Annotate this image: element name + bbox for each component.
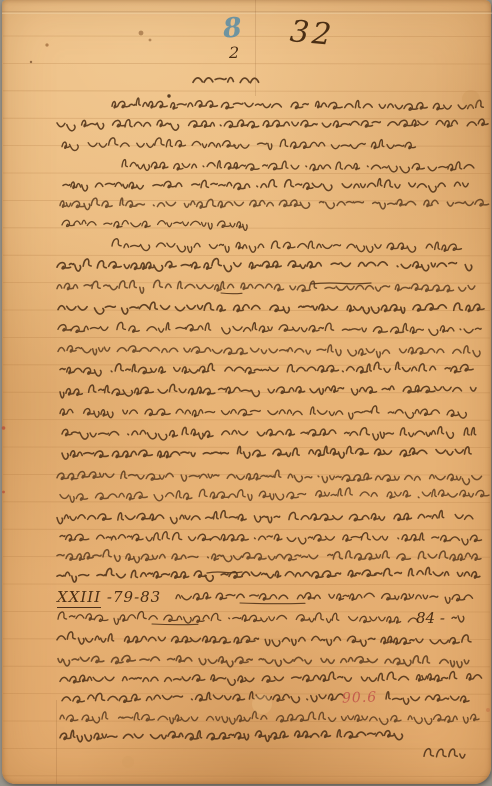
manuscript-scan: 8 2 32 XXIII -79-83 84 - 90.6 <box>0 0 492 786</box>
ink-stroke <box>57 259 472 272</box>
manuscript-line <box>58 656 469 668</box>
manuscript-line <box>62 427 476 440</box>
manuscript-line <box>60 406 466 419</box>
catchword <box>424 749 465 758</box>
manuscript-line <box>122 160 474 173</box>
manuscript-line <box>57 259 472 272</box>
ink-stroke <box>60 532 482 545</box>
paper-stain <box>462 90 480 108</box>
rule-line <box>3 63 490 64</box>
ink-stroke <box>58 656 469 668</box>
paper-stain <box>149 39 152 42</box>
rule-line <box>3 529 490 530</box>
ink-stroke <box>62 220 247 230</box>
ink-stroke <box>58 612 418 625</box>
rule-line <box>3 146 490 147</box>
manuscript-line <box>58 322 481 335</box>
ink-stroke <box>60 711 479 724</box>
rule-line <box>3 337 490 338</box>
ink-stroke <box>112 239 461 253</box>
ink-stroke <box>60 730 402 742</box>
ink-stroke <box>62 427 476 440</box>
paper-stain <box>2 491 5 494</box>
manuscript-line <box>63 179 468 192</box>
rule-line <box>3 36 490 37</box>
folio-number: 32 <box>289 17 336 51</box>
underline-mark <box>221 293 242 294</box>
ink-stroke <box>452 616 464 622</box>
ink-stroke <box>60 406 466 419</box>
rule-line <box>3 748 490 749</box>
rule-line <box>3 91 490 92</box>
manuscript-line <box>60 198 489 210</box>
rule-line <box>3 255 490 256</box>
invocation-heading <box>193 78 259 83</box>
manuscript-line <box>60 384 476 398</box>
manuscript-line <box>60 730 402 742</box>
manuscript-line <box>176 593 473 604</box>
strikethrough-mark <box>207 572 242 573</box>
manuscript-line <box>58 302 484 314</box>
strikethrough-mark <box>311 283 371 284</box>
paper-stain <box>30 61 32 63</box>
reference-red-90-6: 90.6 <box>342 690 378 705</box>
manuscript-line <box>60 362 473 376</box>
manuscript-line <box>57 119 488 131</box>
ink-stroke <box>62 446 471 459</box>
manuscript-line <box>62 446 471 459</box>
rule-line <box>3 694 490 695</box>
rule-line <box>3 420 490 421</box>
manuscript-line <box>60 672 482 686</box>
rule-line <box>3 502 490 503</box>
ink-stroke <box>122 160 474 173</box>
rule-line <box>3 776 490 777</box>
underline-mark <box>152 624 198 625</box>
manuscript-line <box>57 567 480 582</box>
manuscript-line <box>62 220 247 230</box>
rule-line <box>3 118 490 119</box>
rule-line <box>3 365 490 366</box>
manuscript-line <box>60 532 482 545</box>
manuscript-line <box>57 470 482 484</box>
ink-stroke <box>386 692 469 705</box>
rule-line <box>3 474 490 475</box>
ink-stroke <box>176 593 473 604</box>
ink-stroke <box>58 345 480 358</box>
ink-stroke <box>57 119 488 131</box>
rule-line <box>3 173 490 174</box>
manuscript-line <box>57 550 481 563</box>
ink-stroke <box>57 470 482 484</box>
page-number-small: 2 <box>229 45 239 61</box>
manuscript-line <box>57 511 473 524</box>
rule-line <box>3 584 490 585</box>
reference-stanza-84: 84 - <box>416 611 445 626</box>
handwriting-layer <box>0 0 492 786</box>
ink-stroke <box>62 138 415 151</box>
ink-stroke <box>112 98 483 110</box>
ink-stroke <box>60 672 482 686</box>
ink-stroke <box>193 78 259 83</box>
ink-stroke <box>60 384 476 398</box>
manuscript-line <box>60 488 489 502</box>
paper-stain <box>2 426 6 430</box>
ink-stroke <box>57 511 473 524</box>
manuscript-line <box>112 98 483 110</box>
ink-stroke <box>60 362 473 376</box>
rule-line <box>3 283 490 284</box>
manuscript-line <box>58 345 480 358</box>
ink-stroke <box>424 749 465 758</box>
page-number-blue-pencil: 8 <box>222 14 243 43</box>
ink-stroke <box>63 179 468 192</box>
ink-stroke <box>57 280 475 293</box>
rule-line <box>3 392 490 393</box>
rule-line <box>3 447 490 448</box>
manuscript-line <box>57 280 475 293</box>
manuscript-line <box>60 711 479 724</box>
reference-volume: XXIII <box>57 588 101 608</box>
ink-stroke <box>58 302 484 314</box>
ink-stroke <box>60 488 489 502</box>
paper-stain <box>45 43 48 46</box>
reference-volume-lines: XXIII -79-83 <box>57 590 161 605</box>
manuscript-line <box>62 138 415 151</box>
rule-line <box>3 557 490 558</box>
ink-stroke <box>57 550 481 563</box>
manuscript-line <box>58 612 464 625</box>
ink-stroke <box>57 567 480 582</box>
paper-stain <box>122 756 134 768</box>
manuscript-line <box>112 239 461 253</box>
ink-stroke <box>58 322 481 335</box>
ink-stroke <box>60 198 489 210</box>
paper-stain <box>167 94 170 97</box>
rule-line <box>3 666 490 667</box>
reference-line-range: -79-83 <box>101 588 161 606</box>
paper-stain <box>486 708 490 712</box>
underline-mark <box>240 603 305 604</box>
paper-stain <box>139 31 144 36</box>
paper-stain <box>252 694 272 714</box>
